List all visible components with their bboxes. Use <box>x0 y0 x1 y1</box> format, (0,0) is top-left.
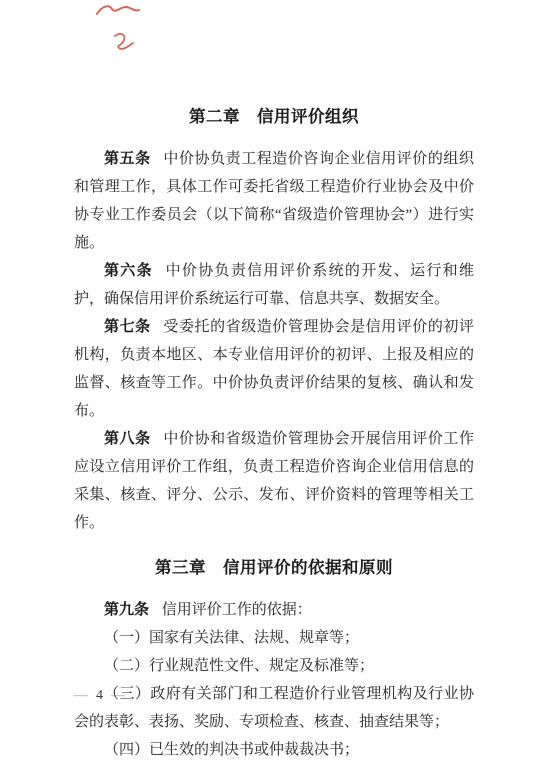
article8-paragraph: 第八条中价协和省级造价管理协会开展信用评价工作应设立信用评价工作组，负责工程造价… <box>74 425 474 537</box>
article6-number: 第六条 <box>104 262 153 279</box>
article9-paragraph: 第九条信用评价工作的依据： <box>74 596 474 624</box>
article8-number: 第八条 <box>104 430 151 447</box>
basis-item-1: （一）国家有关法律、法规、规章等； <box>74 624 474 652</box>
chapter3-title: 第三章 信用评价的依据和原则 <box>74 554 474 582</box>
basis-item-4: （四）已生效的判决书或仲裁裁决书； <box>74 736 474 764</box>
article7-number: 第七条 <box>104 318 151 335</box>
document-page: 第二章 信用评价组织 第五条中价协负责工程造价咨询企业信用评价的组织和管理工作，… <box>0 0 543 768</box>
article9-text: 信用评价工作的依据： <box>162 602 312 618</box>
page-number: —4— <box>74 686 125 706</box>
article5-number: 第五条 <box>104 150 151 167</box>
article5-paragraph: 第五条中价协负责工程造价咨询企业信用评价的组织和管理工作，具体工作可委托省级工程… <box>74 145 474 257</box>
article7-paragraph: 第七条受委托的省级造价管理协会是信用评价的初评机构，负责本地区、本专业信用评价的… <box>74 313 474 425</box>
page-number-value: 4 <box>96 688 103 703</box>
article9-number: 第九条 <box>104 601 149 618</box>
article6-paragraph: 第六条中价协负责信用评价系统的开发、运行和维护，确保信用评价系统运行可靠、信息共… <box>74 257 474 313</box>
text-block: 第二章 信用评价组织 第五条中价协负责工程造价咨询企业信用评价的组织和管理工作，… <box>74 0 474 764</box>
basis-item-3: （三）政府有关部门和工程造价行业管理机构及行业协会的表彰、表扬、奖励、专项检查、… <box>74 680 474 736</box>
page-number-left-dash: — <box>74 688 88 703</box>
basis-item-2: （二）行业规范性文件、规定及标准等； <box>74 652 474 680</box>
chapter2-title: 第二章 信用评价组织 <box>74 103 474 131</box>
page-number-right-dash: — <box>111 688 125 703</box>
